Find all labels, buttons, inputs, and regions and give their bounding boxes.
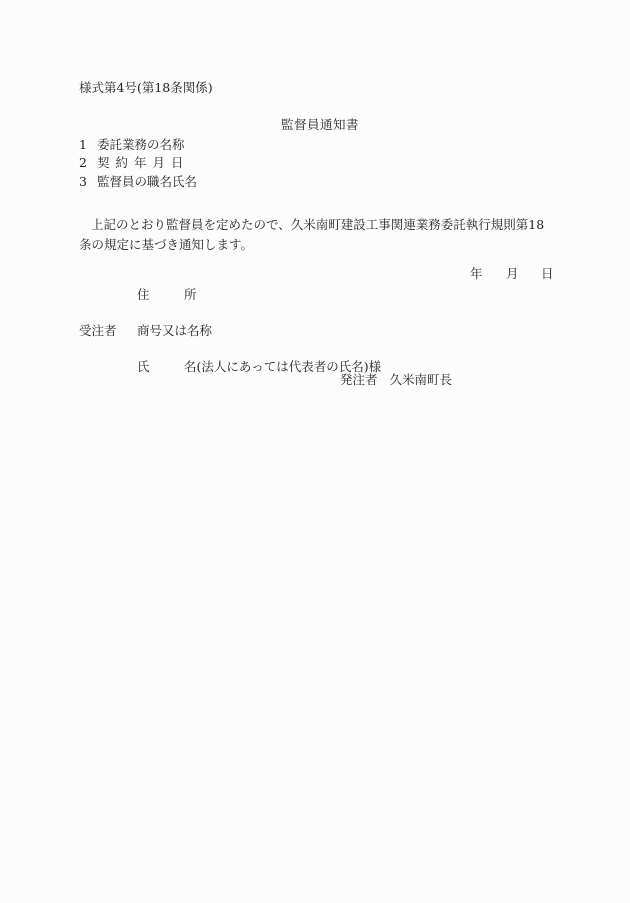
item-number: 2 [79, 157, 97, 170]
date-month-label: 月 [506, 268, 519, 281]
item-business-name: 1委託業務の名称 [79, 139, 185, 152]
form-number: 様式第4号(第18条関係) [79, 82, 213, 95]
body-paragraph: 上記のとおり監督員を定めたので、久米南町建設工事関連業務委託執行規則第18条の規… [79, 215, 553, 255]
item-label: 監督員の職名氏名 [97, 174, 197, 189]
issuer-line: 発注者久米南町長 [340, 374, 452, 387]
contractor-label: 受注者 [79, 325, 117, 338]
item-supervisor-name: 3監督員の職名氏名 [79, 176, 197, 189]
date-year-label: 年 [470, 268, 483, 281]
document-title: 監督員通知書 [281, 119, 359, 132]
item-contract-date: 2契約年月日 [79, 157, 190, 170]
date-day-label: 日 [541, 268, 554, 281]
item-number: 1 [79, 139, 97, 152]
name-label-part1: 氏 [137, 361, 150, 374]
company-name-label: 商号又は名称 [137, 325, 212, 338]
issuer-name: 久米南町長 [390, 372, 453, 387]
address-label-part1: 住 [137, 289, 150, 302]
address-label-part2: 所 [184, 289, 197, 302]
item-label: 契約年月日 [97, 155, 190, 170]
item-label: 委託業務の名称 [97, 137, 185, 152]
item-number: 3 [79, 176, 97, 189]
issuer-label: 発注者 [340, 372, 378, 387]
